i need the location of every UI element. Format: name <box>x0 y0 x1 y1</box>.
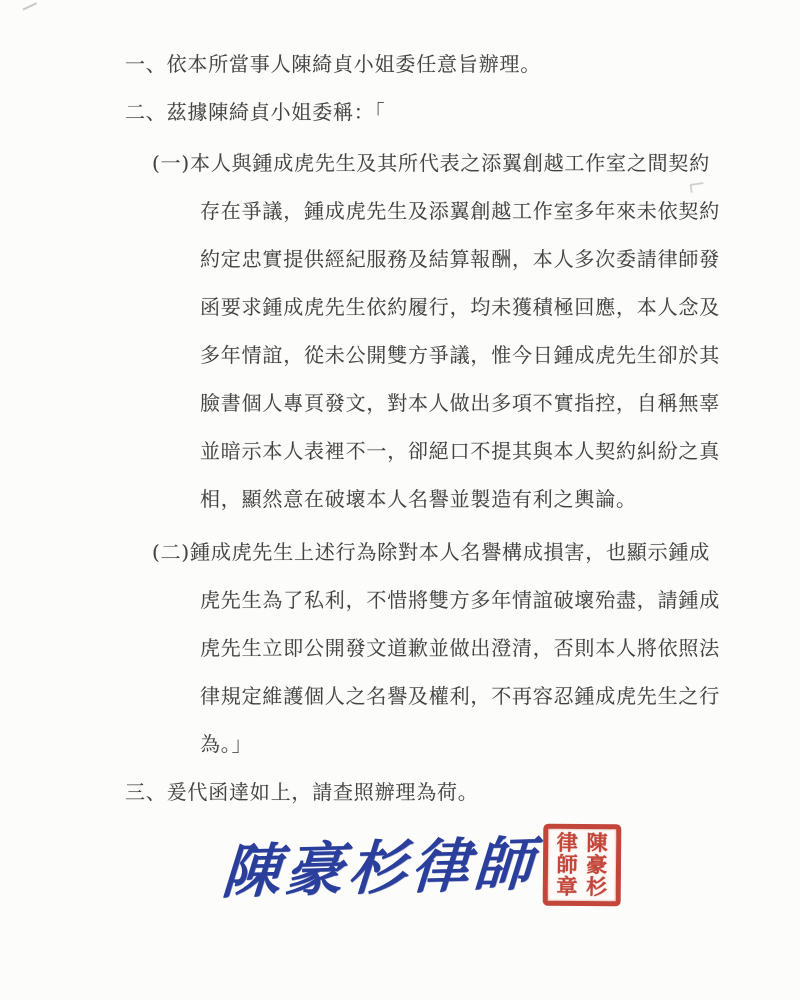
line-text: 虎先生為了私利，不惜將雙方多年情誼破壞殆盡，請鍾成 <box>200 588 720 612</box>
seal-column: 陳豪杉 <box>586 832 608 898</box>
letter-line: 虎先生立即公開發文道歉並做出澄清，否則本人將依照法 <box>125 624 800 672</box>
letter-line: 並暗示本人表裡不一，卻絕口不提其與本人契約糾紛之真 <box>125 427 800 475</box>
letter-line: 二、茲據陳綺貞小姐委稱：「 <box>125 88 800 136</box>
scanned-letter-page: { "page": { "background_color": "#fcfcfa… <box>0 0 800 1000</box>
letter-line: 一、依本所當事人陳綺貞小姐委任意旨辦理。 <box>125 40 800 88</box>
letter-item: 一、依本所當事人陳綺貞小姐委任意旨辦理。 <box>125 40 800 88</box>
line-text: 函要求鍾成虎先生依約履行，均未獲積極回應，本人念及 <box>200 295 720 319</box>
line-text: 臉書個人專頁發文，對本人做出多項不實指控，自稱無辜 <box>200 391 720 415</box>
lawyer-signature: 陳豪杉律師 <box>219 812 541 930</box>
stray-pen-mark-top-left <box>23 2 41 17</box>
letter-line: 臉書個人專頁發文，對本人做出多項不實指控，自稱無辜 <box>125 379 800 427</box>
line-text: 存在爭議，鍾成虎先生及添翼創越工作室多年來未依契約 <box>200 199 720 223</box>
letter-line: 多年情誼，從未公開雙方爭議，惟今日鍾成虎先生卻於其 <box>125 331 800 379</box>
line-text: 為。」 <box>200 732 252 756</box>
line-text: 多年情誼，從未公開雙方爭議，惟今日鍾成虎先生卻於其 <box>200 343 720 367</box>
seal-character: 杉 <box>586 876 607 898</box>
letter-body: 一、依本所當事人陳綺貞小姐委任意旨辦理。二、茲據陳綺貞小姐委稱：「(一)本人與鍾… <box>0 40 800 816</box>
signature-block: 陳豪杉律師 陳豪杉律師章 <box>0 816 800 956</box>
line-text: 約定忠實提供經紀服務及結算報酬，本人多次委請律師發 <box>200 247 720 271</box>
letter-line: 律規定維護個人之名譽及權利，不再容忍鍾成虎先生之行 <box>125 672 800 720</box>
item-marker: 二、 <box>125 100 167 124</box>
line-text: 本人與鍾成虎先生及其所代表之添翼創越工作室之間契約 <box>190 151 710 175</box>
seal-character: 豪 <box>586 854 607 876</box>
letter-item: (二)鍾成虎先生上述行為除對本人名譽構成損害，也顯示鍾成虎先生為了私利，不惜將雙… <box>125 528 800 768</box>
letter-line: 相，顯然意在破壞本人名譽並製造有利之輿論。 <box>125 475 800 523</box>
letter-line: 虎先生為了私利，不惜將雙方多年情誼破壞殆盡，請鍾成 <box>125 576 800 624</box>
seal-character: 陳 <box>586 832 607 854</box>
letter-line: 為。」 <box>125 720 800 768</box>
line-text: 律規定維護個人之名譽及權利，不再容忍鍾成虎先生之行 <box>200 684 720 708</box>
line-text: 相，顯然意在破壞本人名譽並製造有利之輿論。 <box>200 487 637 511</box>
line-text: 茲據陳綺貞小姐委稱：「 <box>167 100 386 124</box>
line-text: 依本所當事人陳綺貞小姐委任意旨辦理。 <box>167 52 541 76</box>
letter-item: (一)本人與鍾成虎先生及其所代表之添翼創越工作室之間契約存在爭議，鍾成虎先生及添… <box>125 139 800 523</box>
seal-character: 章 <box>556 876 577 898</box>
letter-item: 二、茲據陳綺貞小姐委稱：「 <box>125 88 800 136</box>
lawyer-seal-stamp: 陳豪杉律師章 <box>543 824 622 907</box>
letter-line: 約定忠實提供經紀服務及結算報酬，本人多次委請律師發 <box>125 235 800 283</box>
item-marker: 三、 <box>125 780 167 804</box>
letter-line: (二)鍾成虎先生上述行為除對本人名譽構成損害，也顯示鍾成 <box>125 528 800 576</box>
line-text: 鍾成虎先生上述行為除對本人名譽構成損害，也顯示鍾成 <box>190 540 710 564</box>
item-marker: 一、 <box>125 52 167 76</box>
line-text: 虎先生立即公開發文道歉並做出澄清，否則本人將依照法 <box>200 636 720 660</box>
item-marker: (二) <box>152 540 190 564</box>
letter-line: 三、爰代函達如上，請查照辦理為荷。 <box>125 768 800 816</box>
letter-line: (一)本人與鍾成虎先生及其所代表之添翼創越工作室之間契約 <box>125 139 800 187</box>
item-marker: (一) <box>152 151 190 175</box>
letter-item: 三、爰代函達如上，請查照辦理為荷。 <box>125 768 800 816</box>
letter-line: 函要求鍾成虎先生依約履行，均未獲積極回應，本人念及 <box>125 283 800 331</box>
seal-character: 師 <box>557 854 578 876</box>
line-text: 並暗示本人表裡不一，卻絕口不提其與本人契約糾紛之真 <box>200 439 720 463</box>
letter-line: 存在爭議，鍾成虎先生及添翼創越工作室多年來未依契約 <box>125 187 800 235</box>
line-text: 爰代函達如上，請查照辦理為荷。 <box>167 780 479 804</box>
seal-column: 律師章 <box>556 832 578 898</box>
seal-character: 律 <box>557 832 578 854</box>
